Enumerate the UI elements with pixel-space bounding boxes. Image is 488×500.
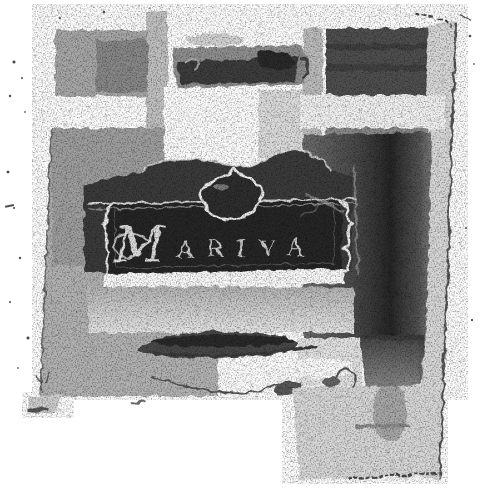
grain-coarse-overlay (0, 0, 488, 500)
scanned-product-image: M ARIVA (0, 0, 488, 500)
tail-dash-2 (132, 401, 146, 404)
page: M ARIVA (0, 0, 488, 500)
